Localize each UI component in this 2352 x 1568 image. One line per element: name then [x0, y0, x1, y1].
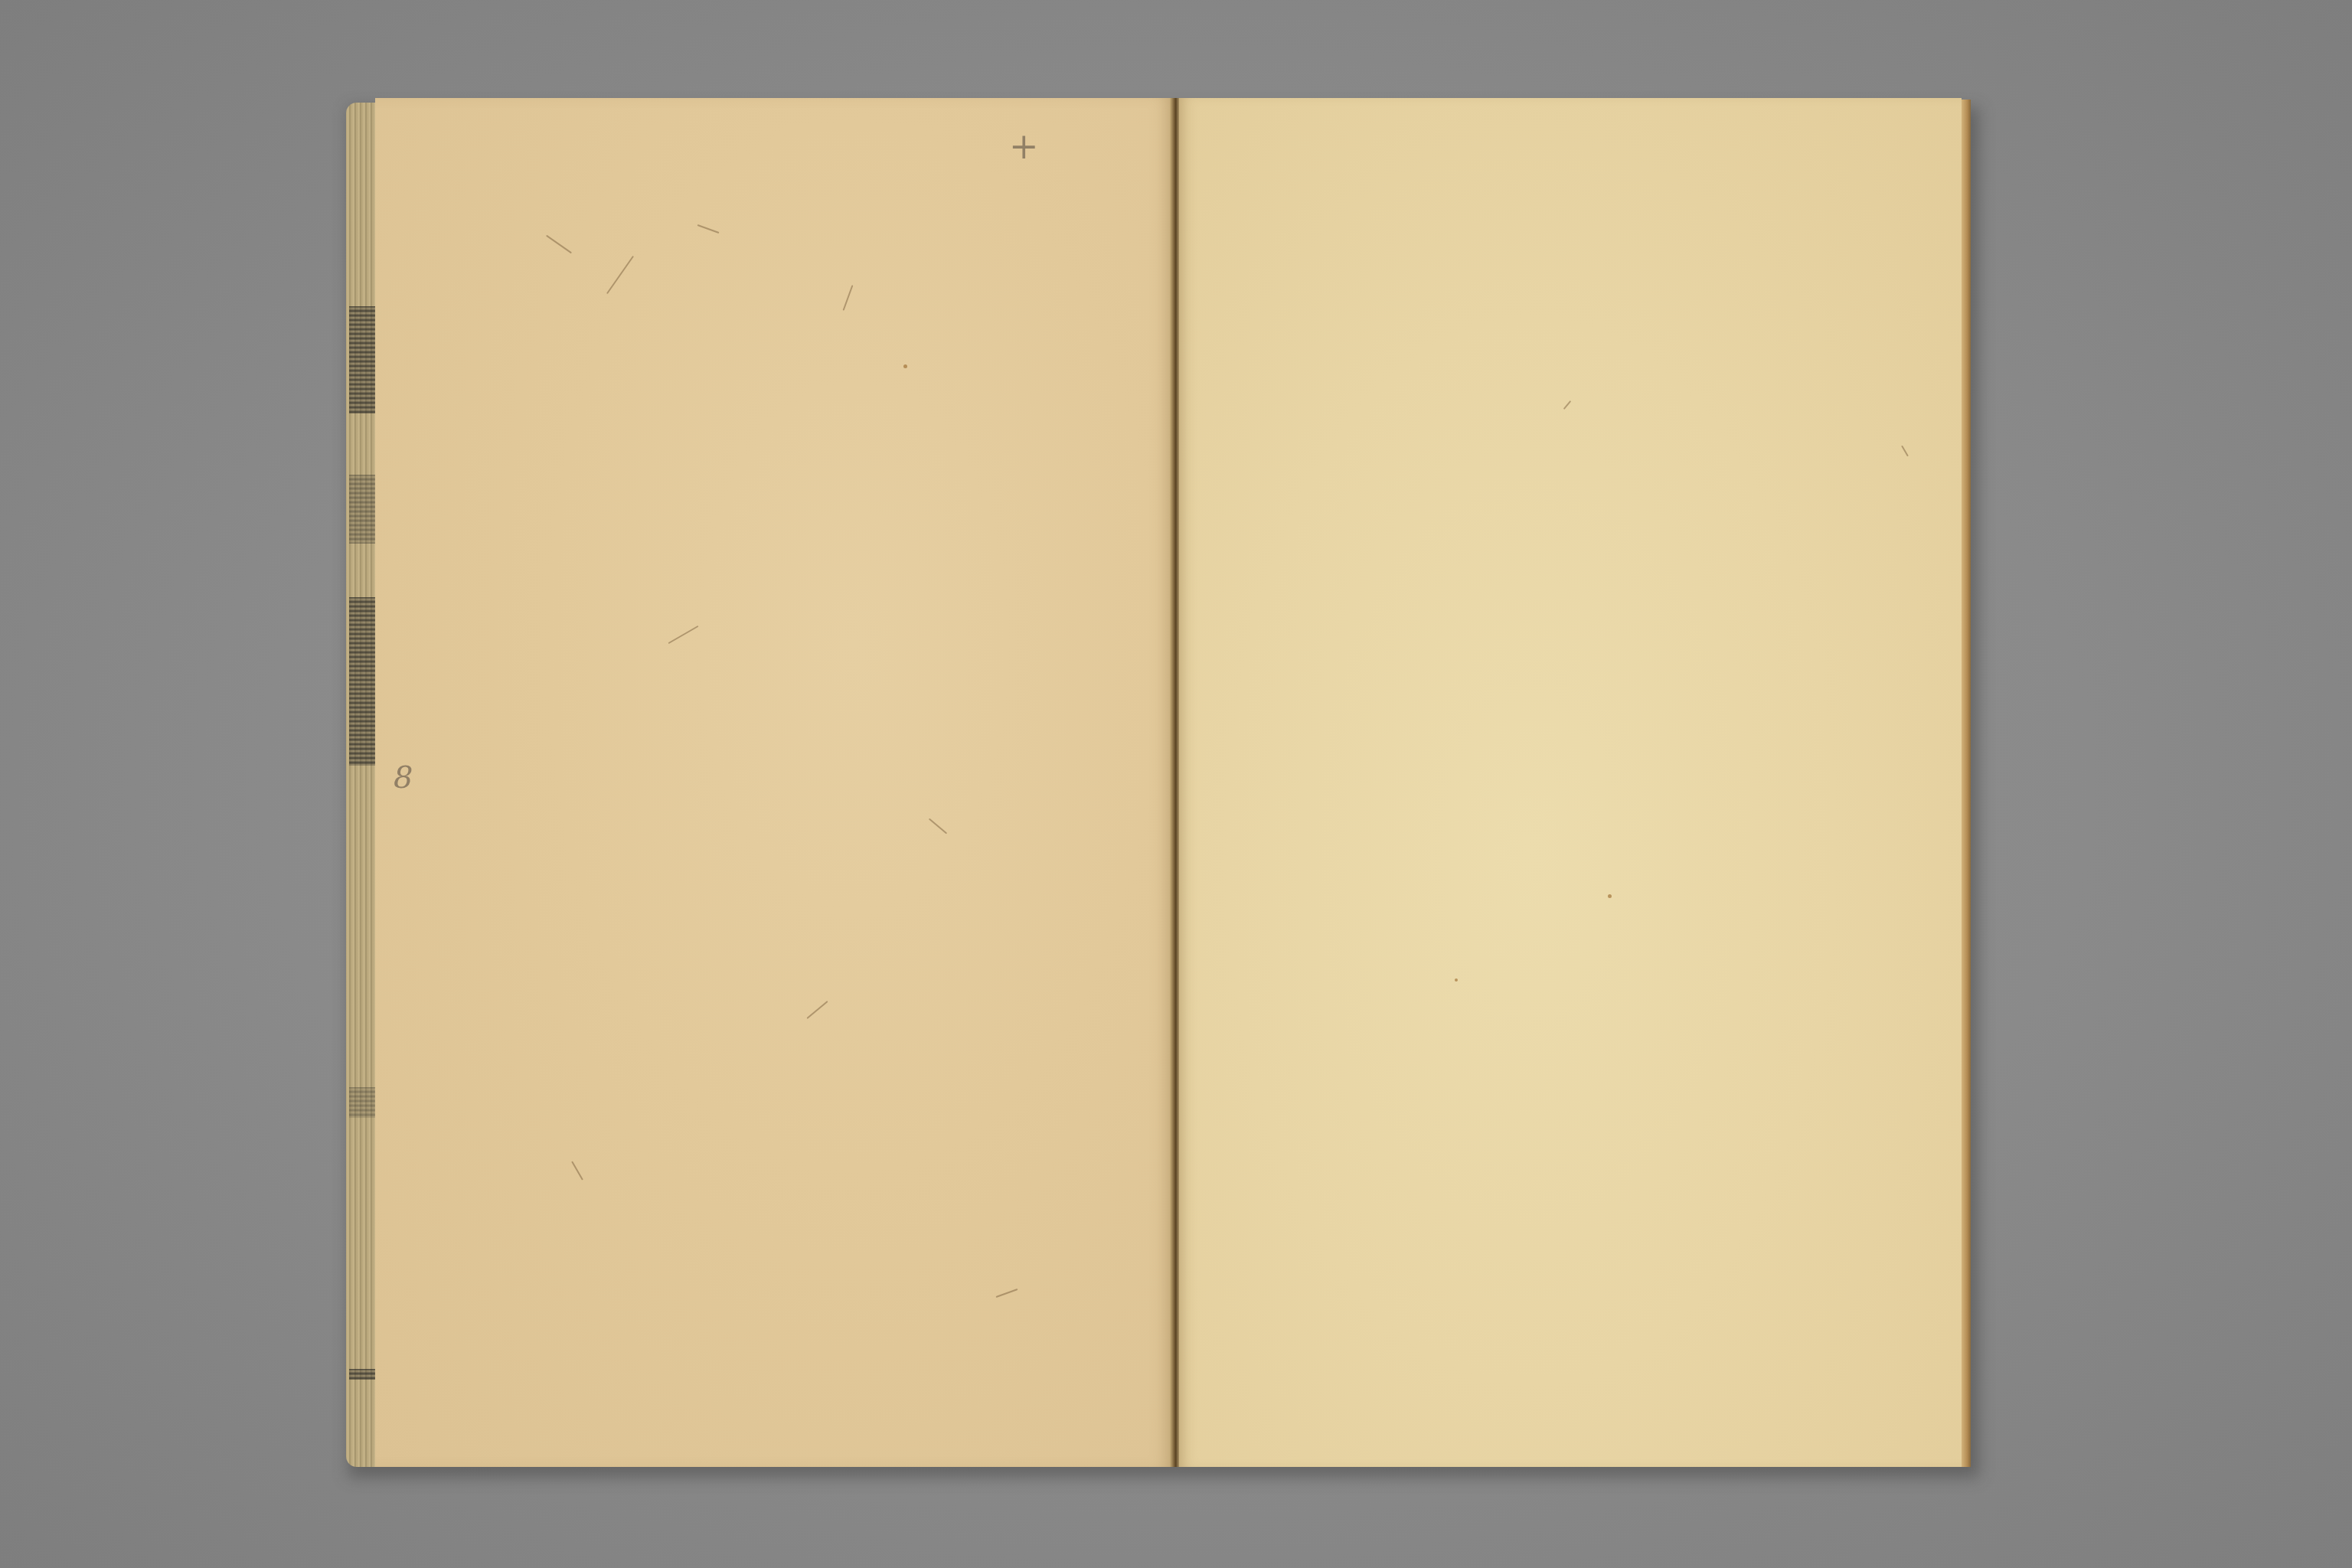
paper-fiber: [996, 1289, 1018, 1298]
photo-background: 8 +: [0, 0, 2352, 1568]
paper-fiber: [571, 1161, 583, 1180]
paper-fiber: [806, 1001, 828, 1019]
paper-fiber: [668, 626, 699, 644]
paper-speck: [1608, 894, 1612, 898]
page-edge-ink-mark: [349, 1369, 375, 1380]
page-edge-ink-mark: [349, 1087, 375, 1118]
page-edge-ink-mark: [349, 475, 375, 544]
left-page: 8 +: [375, 98, 1173, 1467]
paper-fiber: [1901, 446, 1909, 457]
paper-fiber: [697, 224, 720, 234]
right-page: [1179, 98, 1962, 1467]
paper-fiber: [929, 818, 947, 835]
pencil-mark-plus: +: [1009, 129, 1039, 164]
page-edge-ink-mark: [349, 597, 375, 766]
page-edge-ink-mark: [349, 306, 375, 413]
paper-fiber: [606, 256, 634, 294]
paper-speck: [1455, 978, 1458, 982]
pencil-mark-8: 8: [394, 763, 413, 793]
paper-speck: [903, 364, 907, 368]
right-page-fore-edge: [1962, 100, 1971, 1467]
paper-fiber: [546, 235, 572, 254]
paper-fiber: [843, 285, 854, 311]
paper-fiber: [1563, 400, 1572, 410]
